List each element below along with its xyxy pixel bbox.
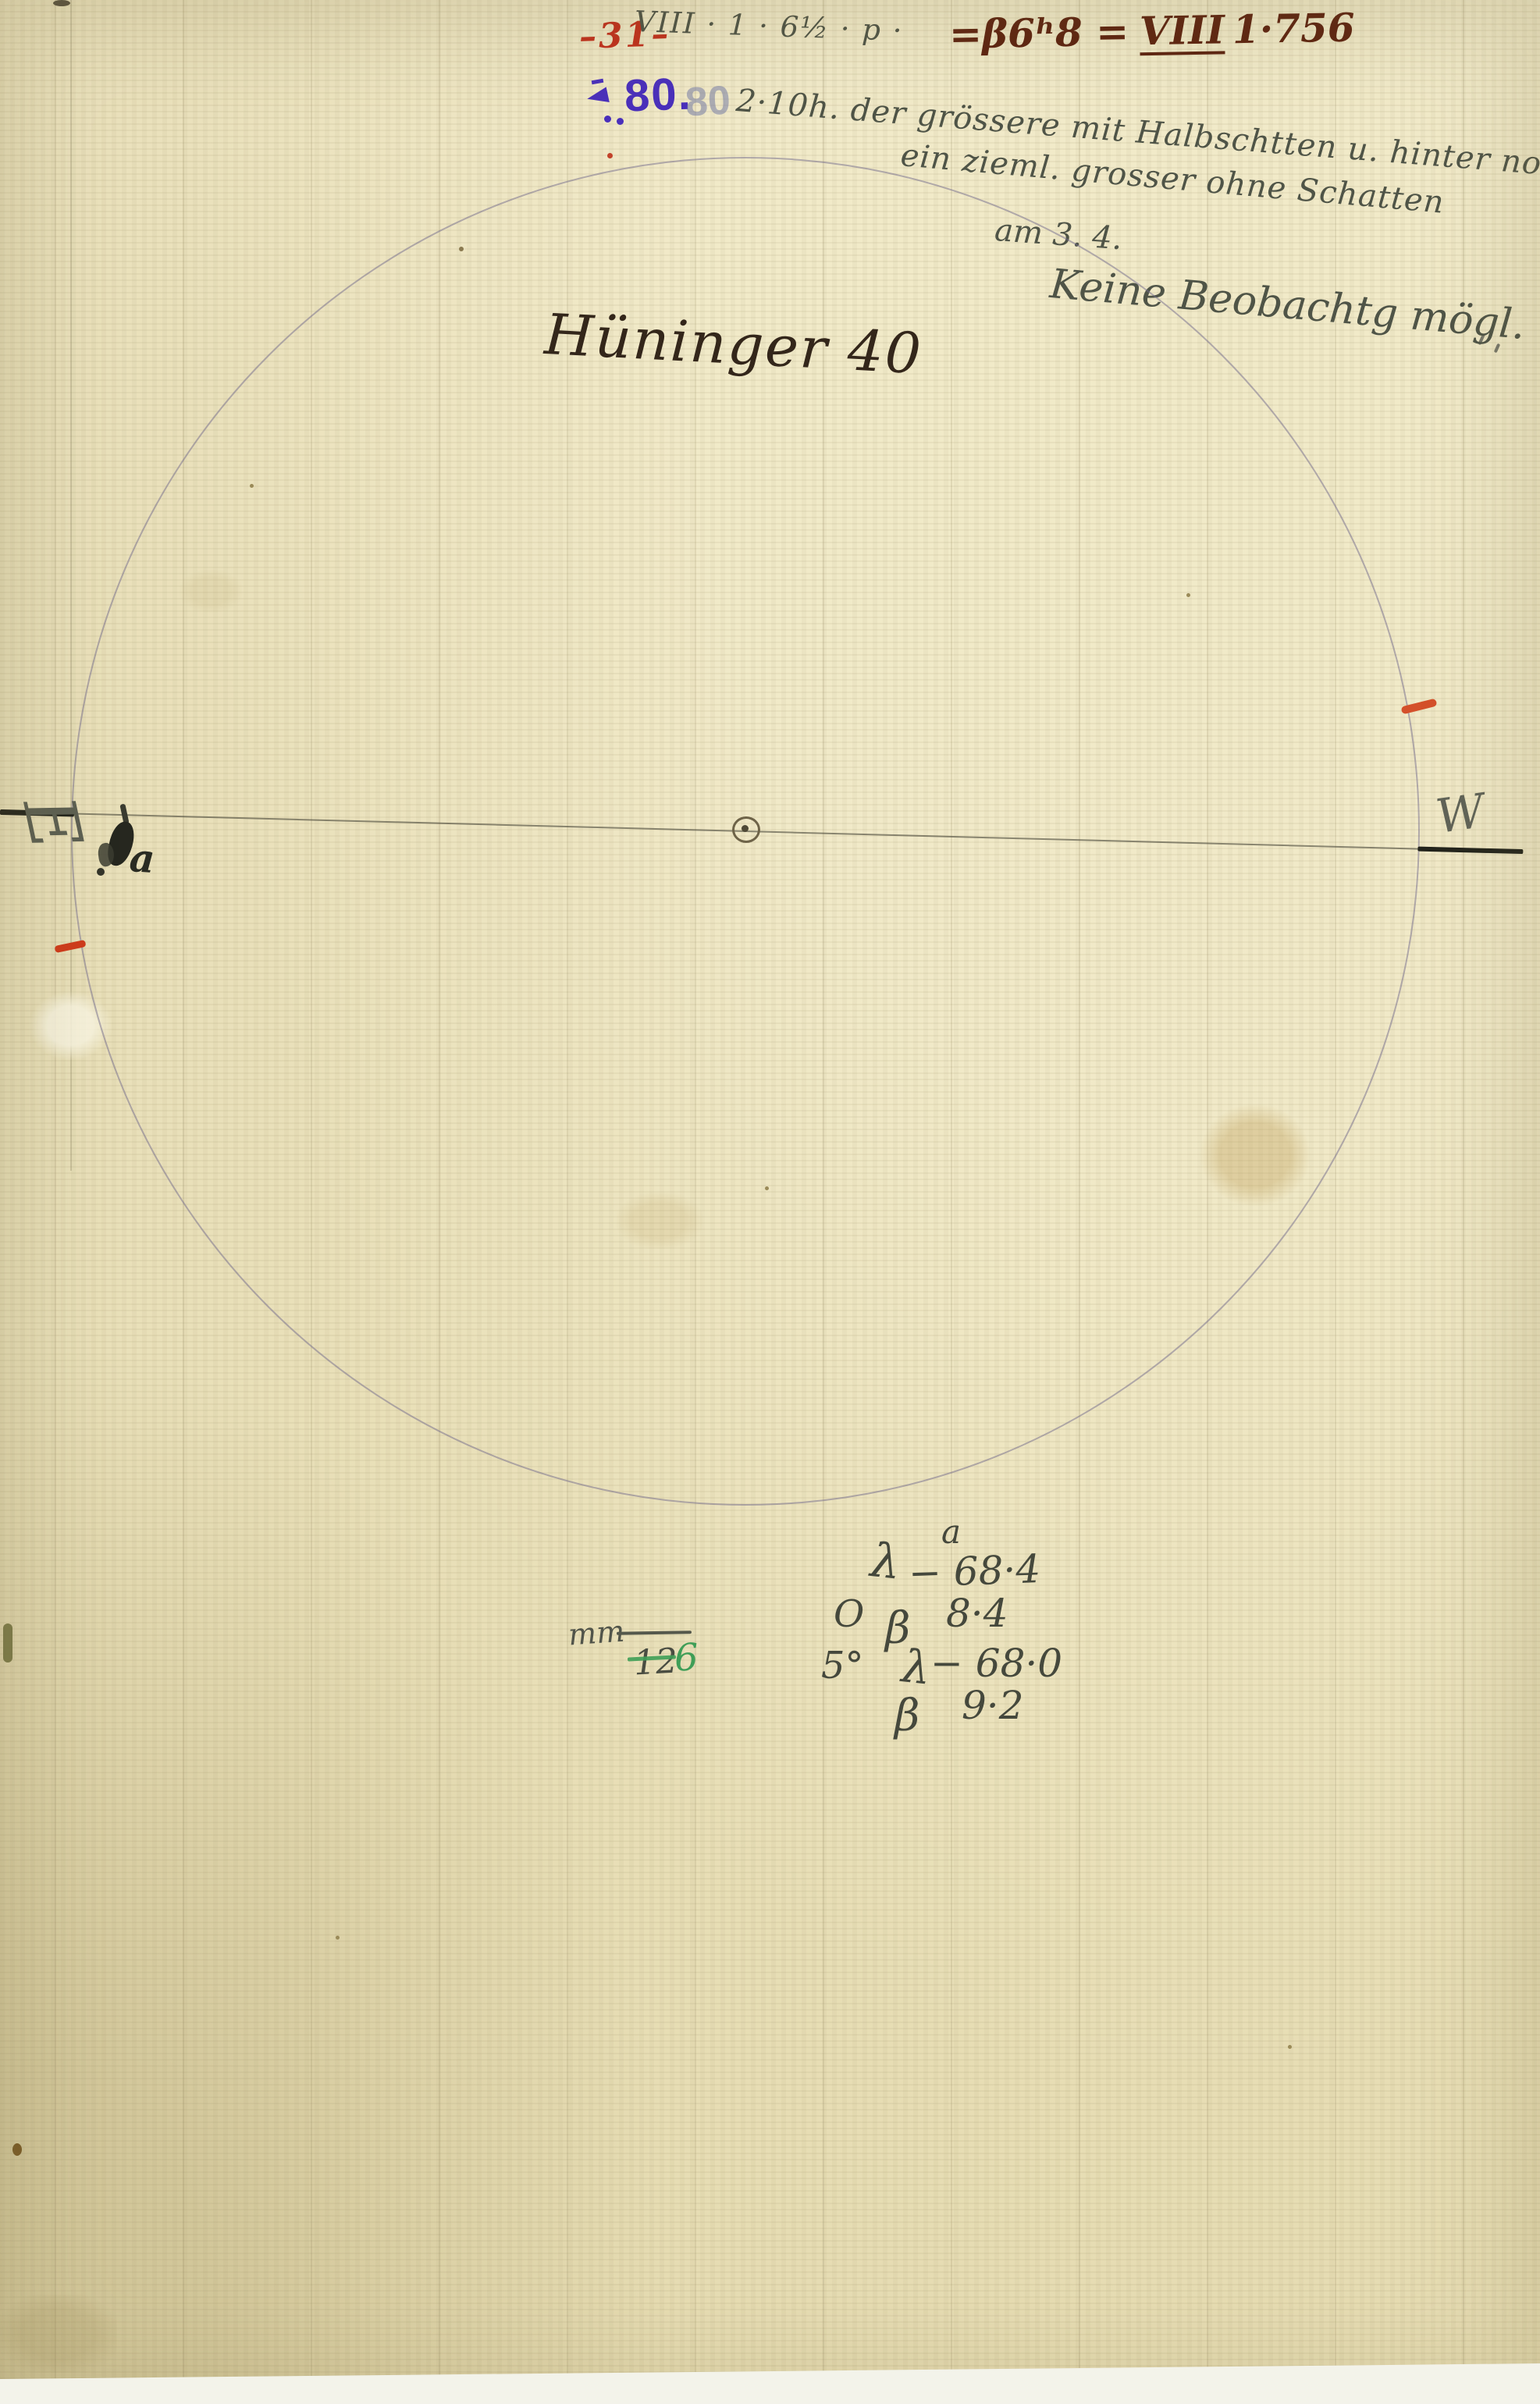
sunspot-dot xyxy=(97,868,105,876)
conversion-decimal-day: 1·756 xyxy=(1232,4,1355,52)
ledger-rule xyxy=(1335,0,1336,2404)
disk-center-mark xyxy=(732,816,760,843)
row-prefix: 5° xyxy=(821,1644,864,1687)
beta-value: 8·4 xyxy=(946,1591,1008,1636)
center-dot xyxy=(742,825,749,832)
ledger-rule xyxy=(1463,0,1464,2404)
observation-date-pencil: VIII · 1 · 6½ · p · xyxy=(634,5,904,48)
ink-dot xyxy=(617,118,624,125)
row-prefix: O xyxy=(834,1592,864,1636)
flag-arrow-icon xyxy=(585,87,610,106)
sunspot-group-label: a xyxy=(128,834,156,882)
paper-stain xyxy=(0,2295,117,2373)
archive-stamp-ghost: 80 xyxy=(684,77,731,126)
conversion-month-roman: VIII xyxy=(1140,9,1225,55)
lambda-value: − 68·0 xyxy=(930,1641,1062,1686)
paper-speck xyxy=(53,0,70,6)
equator-bold-west xyxy=(1417,847,1523,855)
paper-speck xyxy=(12,2143,22,2156)
red-speck xyxy=(607,153,613,158)
west-label: W xyxy=(1432,784,1488,845)
archive-stamp-number: 80. xyxy=(624,68,693,123)
ledger-rule xyxy=(55,0,56,2404)
beta-symbol: β xyxy=(894,1691,919,1741)
fraction-bar xyxy=(617,1631,692,1635)
ink-dot xyxy=(604,116,611,123)
paper-crease xyxy=(70,0,72,1171)
measurement-group-label: a xyxy=(941,1513,961,1551)
time-conversion-note: =β6ʰ8 =VIII1·756 xyxy=(949,4,1356,59)
lambda-symbol: λ xyxy=(868,1533,903,1591)
flag-dash xyxy=(592,79,604,85)
conversion-expression: =β6ʰ8 = xyxy=(949,9,1129,58)
beta-value: 9·2 xyxy=(962,1683,1024,1728)
observation-sheet: –31– VIII · 1 · 6½ · p · =β6ʰ8 =VIII1·75… xyxy=(0,0,1540,2404)
paper-speck xyxy=(336,1936,340,1940)
paper-speck xyxy=(1288,2045,1292,2049)
lambda-value: − 68·4 xyxy=(908,1546,1041,1596)
paper-speck xyxy=(3,1623,12,1663)
scale-old-value: 12 xyxy=(633,1641,679,1684)
scale-new-value: 6 xyxy=(674,1635,699,1680)
lambda-symbol: λ xyxy=(900,1639,934,1695)
